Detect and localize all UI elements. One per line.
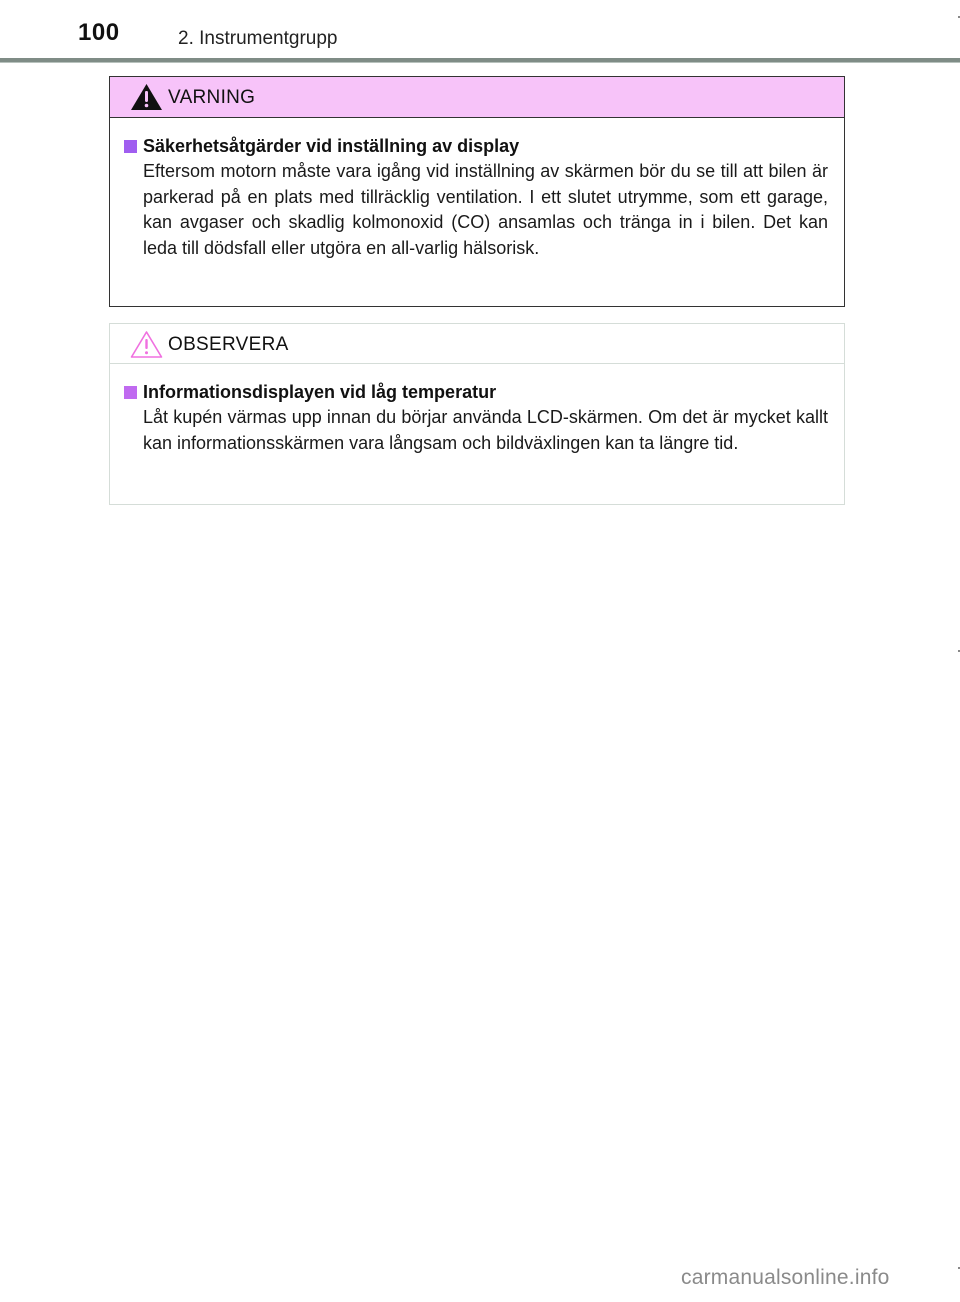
warning-box: VARNING Säkerhetsåtgärder vid inställnin… [109, 76, 845, 307]
warning-triangle-filled-icon [130, 83, 163, 111]
warning-item-text: Eftersom motorn måste vara igång vid ins… [143, 159, 828, 261]
caution-box: OBSERVERA Informationsdisplayen vid låg … [109, 323, 845, 505]
section-title: 2. Instrumentgrupp [178, 28, 337, 50]
page-header: 100 2. Instrumentgrupp [0, 0, 960, 62]
caution-item-text: Låt kupén värmas upp innan du börjar anv… [143, 405, 828, 456]
warning-box-body: Säkerhetsåtgärder vid inställning av dis… [110, 118, 844, 261]
warning-item-title: Säkerhetsåtgärder vid inställning av dis… [124, 133, 828, 159]
caution-box-body: Informationsdisplayen vid låg temperatur… [110, 364, 844, 456]
page-number: 100 [78, 19, 120, 47]
watermark: carmanualsonline.info [681, 1266, 890, 1290]
warning-box-header: VARNING [110, 77, 844, 118]
warning-label: VARNING [168, 87, 255, 109]
caution-box-header: OBSERVERA [110, 324, 844, 364]
square-bullet-icon [124, 140, 137, 153]
header-divider [0, 58, 960, 63]
caution-label: OBSERVERA [168, 334, 289, 356]
caution-item-title: Informationsdisplayen vid låg temperatur [124, 379, 828, 405]
square-bullet-icon [124, 386, 137, 399]
warning-item-title-text: Säkerhetsåtgärder vid inställning av dis… [143, 133, 519, 159]
caution-item-title-text: Informationsdisplayen vid låg temperatur [143, 379, 496, 405]
warning-triangle-outline-icon [130, 330, 163, 358]
